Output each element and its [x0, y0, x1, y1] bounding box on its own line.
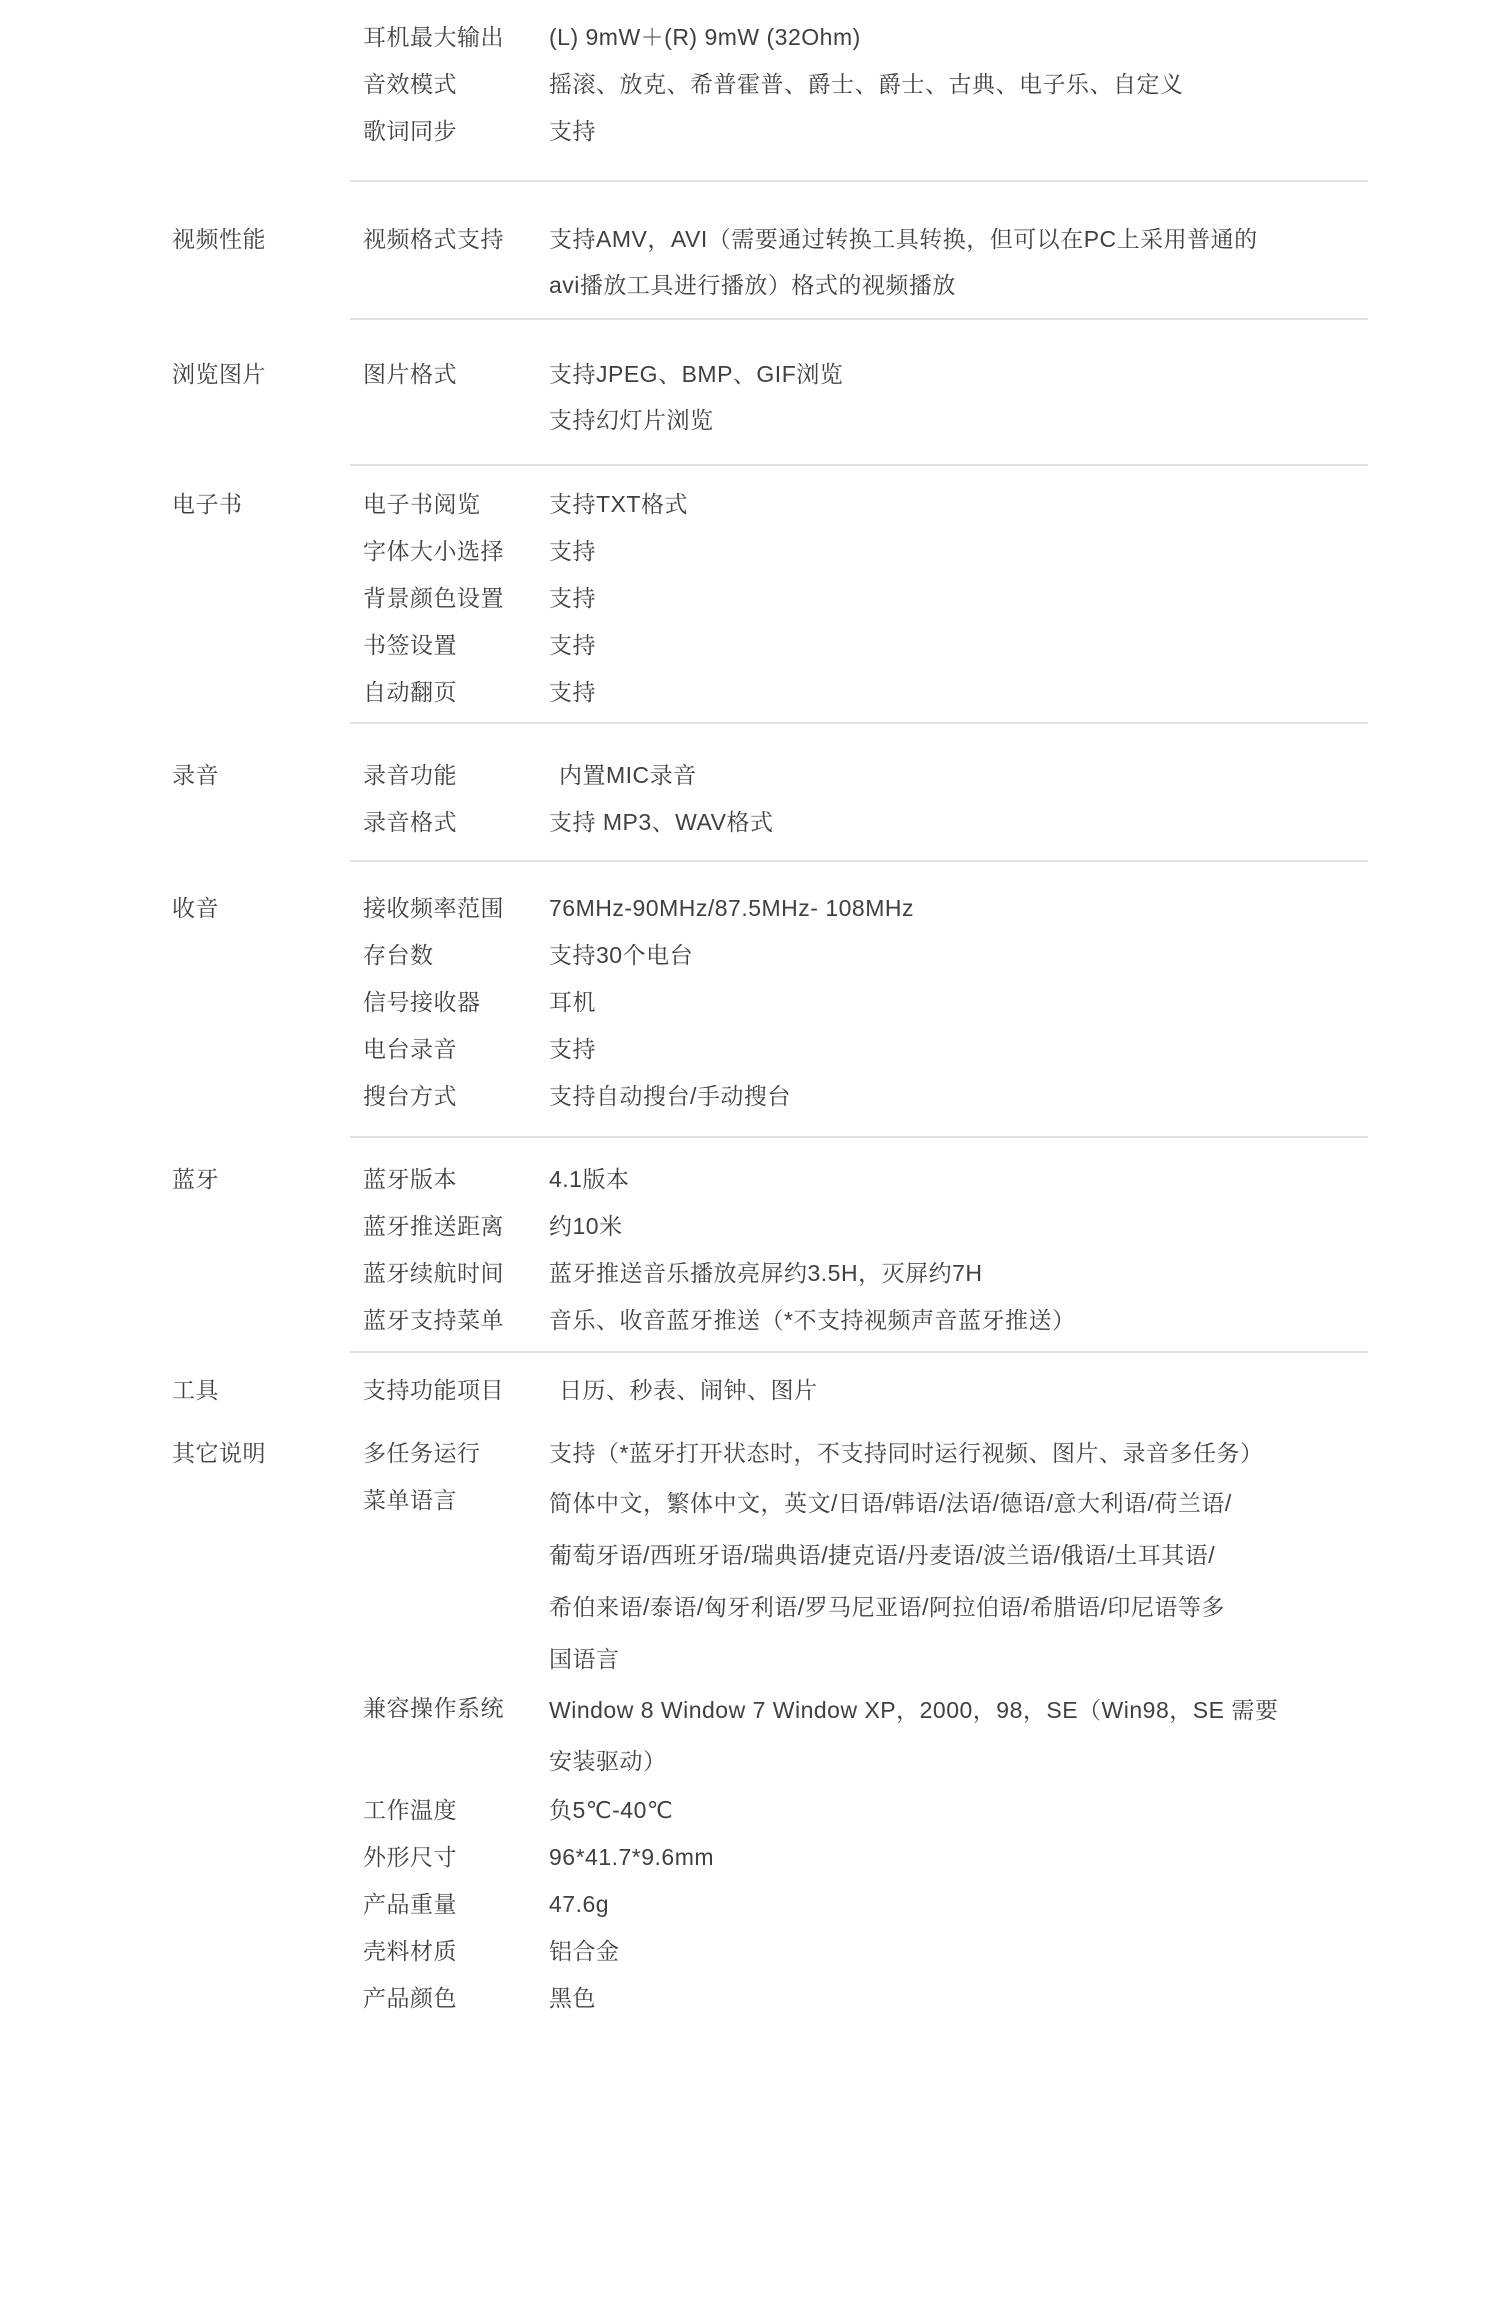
product-spec-page: 耳机最大输出 (L) 9mW＋(R) 9mW (32Ohm) 音效模式 摇滚、放… — [0, 0, 1500, 2322]
spec-label: 录音格式 — [363, 799, 549, 846]
spec-value: 音乐、收音蓝牙推送（*不支持视频声音蓝牙推送） — [549, 1297, 1368, 1344]
spec-label: 录音功能 — [363, 752, 549, 799]
spec-label: 蓝牙推送距离 — [363, 1203, 549, 1250]
section-divider — [350, 180, 1368, 182]
spec-row: 视频格式支持 支持AMV，AVI（需要通过转换工具转换，但可以在PC上采用普通的… — [363, 216, 1368, 308]
spec-row: 字体大小选择 支持 — [363, 528, 1368, 575]
spec-section-photo: 浏览图片 图片格式 支持JPEG、BMP、GIF浏览 支持幻灯片浏览 — [172, 351, 1368, 443]
spec-value: 负5℃-40℃ — [549, 1787, 1368, 1834]
spec-section-ebook: 电子书 电子书阅览 支持TXT格式 字体大小选择 支持 背景颜色设置 支持 书签… — [172, 481, 1368, 716]
spec-category: 蓝牙 — [172, 1156, 363, 1203]
spec-value-line: Window 8 Window 7 Window XP，2000，98，SE（W… — [549, 1685, 1368, 1736]
section-divider — [350, 464, 1368, 466]
spec-value: 支持 — [549, 108, 1368, 155]
spec-rows: 视频格式支持 支持AMV，AVI（需要通过转换工具转换，但可以在PC上采用普通的… — [363, 216, 1368, 308]
spec-value-line: 支持AMV，AVI（需要通过转换工具转换，但可以在PC上采用普通的 — [549, 216, 1368, 262]
spec-value: 约10米 — [549, 1203, 1368, 1250]
spec-value: Window 8 Window 7 Window XP，2000，98，SE（W… — [549, 1685, 1368, 1787]
spec-label: 兼容操作系统 — [363, 1685, 549, 1732]
section-divider — [350, 1351, 1368, 1353]
spec-row: 电台录音 支持 — [363, 1026, 1368, 1073]
spec-row: 工作温度 负5℃-40℃ — [363, 1787, 1368, 1834]
spec-value: 支持自动搜台/手动搜台 — [549, 1073, 1368, 1120]
spec-value: 支持 — [549, 1026, 1368, 1073]
spec-label: 支持功能项目 — [363, 1367, 549, 1414]
spec-section-recording: 录音 录音功能 内置MIC录音 录音格式 支持 MP3、WAV格式 — [172, 752, 1368, 846]
spec-label: 电子书阅览 — [363, 481, 549, 528]
spec-row: 书签设置 支持 — [363, 622, 1368, 669]
spec-rows: 蓝牙版本 4.1版本 蓝牙推送距离 约10米 蓝牙续航时间 蓝牙推送音乐播放亮屏… — [363, 1156, 1368, 1344]
spec-value: 支持 — [549, 622, 1368, 669]
spec-row: 支持功能项目 日历、秒表、闹钟、图片 — [363, 1367, 1368, 1414]
spec-section-bluetooth: 蓝牙 蓝牙版本 4.1版本 蓝牙推送距离 约10米 蓝牙续航时间 蓝牙推送音乐播… — [172, 1156, 1368, 1344]
spec-label: 背景颜色设置 — [363, 575, 549, 622]
section-divider — [350, 318, 1368, 320]
spec-value: 支持 — [549, 575, 1368, 622]
spec-value: 铝合金 — [549, 1928, 1368, 1975]
spec-row: 信号接收器 耳机 — [363, 979, 1368, 1026]
spec-row: 录音功能 内置MIC录音 — [363, 752, 1368, 799]
spec-label: 信号接收器 — [363, 979, 549, 1026]
spec-value: 47.6g — [549, 1881, 1368, 1928]
spec-label: 电台录音 — [363, 1026, 549, 1073]
spec-label: 外形尺寸 — [363, 1834, 549, 1881]
spec-row: 歌词同步 支持 — [363, 108, 1368, 155]
spec-value: 支持TXT格式 — [549, 481, 1368, 528]
spec-row: 音效模式 摇滚、放克、希普霍普、爵士、爵士、古典、电子乐、自定义 — [363, 61, 1368, 108]
spec-section-audio: 耳机最大输出 (L) 9mW＋(R) 9mW (32Ohm) 音效模式 摇滚、放… — [172, 14, 1368, 155]
spec-label: 搜台方式 — [363, 1073, 549, 1120]
spec-row: 存台数 支持30个电台 — [363, 932, 1368, 979]
spec-label: 自动翻页 — [363, 669, 549, 716]
spec-rows: 接收频率范围 76MHz-90MHz/87.5MHz- 108MHz 存台数 支… — [363, 885, 1368, 1120]
spec-row: 图片格式 支持JPEG、BMP、GIF浏览 支持幻灯片浏览 — [363, 351, 1368, 443]
spec-label: 存台数 — [363, 932, 549, 979]
spec-section-video: 视频性能 视频格式支持 支持AMV，AVI（需要通过转换工具转换，但可以在PC上… — [172, 216, 1368, 308]
spec-value: 支持 — [549, 669, 1368, 716]
spec-row: 多任务运行 支持（*蓝牙打开状态时，不支持同时运行视频、图片、录音多任务） — [363, 1430, 1368, 1477]
spec-category: 视频性能 — [172, 216, 363, 263]
spec-rows: 电子书阅览 支持TXT格式 字体大小选择 支持 背景颜色设置 支持 书签设置 支… — [363, 481, 1368, 716]
spec-label: 视频格式支持 — [363, 216, 549, 263]
spec-row: 电子书阅览 支持TXT格式 — [363, 481, 1368, 528]
spec-value: 支持30个电台 — [549, 932, 1368, 979]
spec-label: 蓝牙版本 — [363, 1156, 549, 1203]
spec-row: 壳料材质 铝合金 — [363, 1928, 1368, 1975]
spec-category: 其它说明 — [172, 1430, 363, 1477]
spec-value: 支持JPEG、BMP、GIF浏览 支持幻灯片浏览 — [549, 351, 1368, 443]
spec-label: 字体大小选择 — [363, 528, 549, 575]
spec-label: 蓝牙续航时间 — [363, 1250, 549, 1297]
spec-rows: 支持功能项目 日历、秒表、闹钟、图片 — [363, 1367, 1368, 1414]
spec-label: 工作温度 — [363, 1787, 549, 1834]
spec-row: 产品重量 47.6g — [363, 1881, 1368, 1928]
spec-value: 日历、秒表、闹钟、图片 — [549, 1367, 1368, 1414]
spec-value-line: 支持幻灯片浏览 — [549, 397, 1368, 443]
spec-rows: 图片格式 支持JPEG、BMP、GIF浏览 支持幻灯片浏览 — [363, 351, 1368, 443]
spec-label: 图片格式 — [363, 351, 549, 398]
spec-rows: 录音功能 内置MIC录音 录音格式 支持 MP3、WAV格式 — [363, 752, 1368, 846]
spec-row: 产品颜色 黑色 — [363, 1975, 1368, 2022]
section-divider — [350, 722, 1368, 724]
spec-value-line: 简体中文，繁体中文，英文/日语/韩语/法语/德语/意大利语/荷兰语/ — [549, 1477, 1368, 1529]
spec-label: 壳料材质 — [363, 1928, 549, 1975]
spec-label: 产品重量 — [363, 1881, 549, 1928]
spec-value: 4.1版本 — [549, 1156, 1368, 1203]
spec-value-line: 安装驱动） — [549, 1736, 1368, 1787]
spec-row: 外形尺寸 96*41.7*9.6mm — [363, 1834, 1368, 1881]
spec-row: 蓝牙续航时间 蓝牙推送音乐播放亮屏约3.5H，灭屏约7H — [363, 1250, 1368, 1297]
spec-value: 内置MIC录音 — [549, 752, 1368, 799]
spec-value: (L) 9mW＋(R) 9mW (32Ohm) — [549, 14, 1368, 61]
spec-value: 耳机 — [549, 979, 1368, 1026]
spec-section-other: 其它说明 多任务运行 支持（*蓝牙打开状态时，不支持同时运行视频、图片、录音多任… — [172, 1430, 1368, 2022]
spec-value: 蓝牙推送音乐播放亮屏约3.5H，灭屏约7H — [549, 1250, 1368, 1297]
spec-rows: 耳机最大输出 (L) 9mW＋(R) 9mW (32Ohm) 音效模式 摇滚、放… — [363, 14, 1368, 155]
spec-value-line: 国语言 — [549, 1633, 1368, 1685]
spec-row: 自动翻页 支持 — [363, 669, 1368, 716]
spec-label: 蓝牙支持菜单 — [363, 1297, 549, 1344]
spec-label: 歌词同步 — [363, 108, 549, 155]
section-divider — [350, 860, 1368, 862]
spec-value: 黑色 — [549, 1975, 1368, 2022]
spec-value: 支持AMV，AVI（需要通过转换工具转换，但可以在PC上采用普通的 avi播放工… — [549, 216, 1368, 308]
spec-label: 耳机最大输出 — [363, 14, 549, 61]
spec-row: 接收频率范围 76MHz-90MHz/87.5MHz- 108MHz — [363, 885, 1368, 932]
spec-row: 录音格式 支持 MP3、WAV格式 — [363, 799, 1368, 846]
spec-category: 工具 — [172, 1367, 363, 1414]
spec-value: 简体中文，繁体中文，英文/日语/韩语/法语/德语/意大利语/荷兰语/ 葡萄牙语/… — [549, 1477, 1368, 1685]
spec-row: 蓝牙版本 4.1版本 — [363, 1156, 1368, 1203]
spec-label: 书签设置 — [363, 622, 549, 669]
spec-rows: 多任务运行 支持（*蓝牙打开状态时，不支持同时运行视频、图片、录音多任务） 菜单… — [363, 1430, 1368, 2022]
spec-row: 搜台方式 支持自动搜台/手动搜台 — [363, 1073, 1368, 1120]
spec-row: 背景颜色设置 支持 — [363, 575, 1368, 622]
spec-label: 接收频率范围 — [363, 885, 549, 932]
spec-label: 菜单语言 — [363, 1477, 549, 1524]
spec-value-line: 葡萄牙语/西班牙语/瑞典语/捷克语/丹麦语/波兰语/俄语/土耳其语/ — [549, 1529, 1368, 1581]
spec-row: 兼容操作系统 Window 8 Window 7 Window XP，2000，… — [363, 1685, 1368, 1787]
spec-label: 多任务运行 — [363, 1430, 549, 1477]
spec-row: 蓝牙支持菜单 音乐、收音蓝牙推送（*不支持视频声音蓝牙推送） — [363, 1297, 1368, 1344]
spec-label: 产品颜色 — [363, 1975, 549, 2022]
spec-category: 收音 — [172, 885, 363, 932]
spec-category: 浏览图片 — [172, 351, 363, 398]
spec-value-line: 希伯来语/泰语/匈牙利语/罗马尼亚语/阿拉伯语/希腊语/印尼语等多 — [549, 1581, 1368, 1633]
spec-section-radio: 收音 接收频率范围 76MHz-90MHz/87.5MHz- 108MHz 存台… — [172, 885, 1368, 1120]
section-divider — [350, 1136, 1368, 1138]
spec-value: 支持（*蓝牙打开状态时，不支持同时运行视频、图片、录音多任务） — [549, 1430, 1368, 1477]
spec-row: 耳机最大输出 (L) 9mW＋(R) 9mW (32Ohm) — [363, 14, 1368, 61]
spec-value: 支持 — [549, 528, 1368, 575]
spec-category: 电子书 — [172, 481, 363, 528]
spec-value: 摇滚、放克、希普霍普、爵士、爵士、古典、电子乐、自定义 — [549, 61, 1368, 108]
spec-value: 支持 MP3、WAV格式 — [549, 799, 1368, 846]
spec-label: 音效模式 — [363, 61, 549, 108]
spec-section-tools: 工具 支持功能项目 日历、秒表、闹钟、图片 — [172, 1367, 1368, 1414]
spec-row: 蓝牙推送距离 约10米 — [363, 1203, 1368, 1250]
spec-category: 录音 — [172, 752, 363, 799]
spec-value-line: avi播放工具进行播放）格式的视频播放 — [549, 262, 1368, 308]
spec-value: 96*41.7*9.6mm — [549, 1834, 1368, 1881]
spec-value-line: 支持JPEG、BMP、GIF浏览 — [549, 351, 1368, 397]
spec-row: 菜单语言 简体中文，繁体中文，英文/日语/韩语/法语/德语/意大利语/荷兰语/ … — [363, 1477, 1368, 1685]
spec-value: 76MHz-90MHz/87.5MHz- 108MHz — [549, 885, 1368, 932]
